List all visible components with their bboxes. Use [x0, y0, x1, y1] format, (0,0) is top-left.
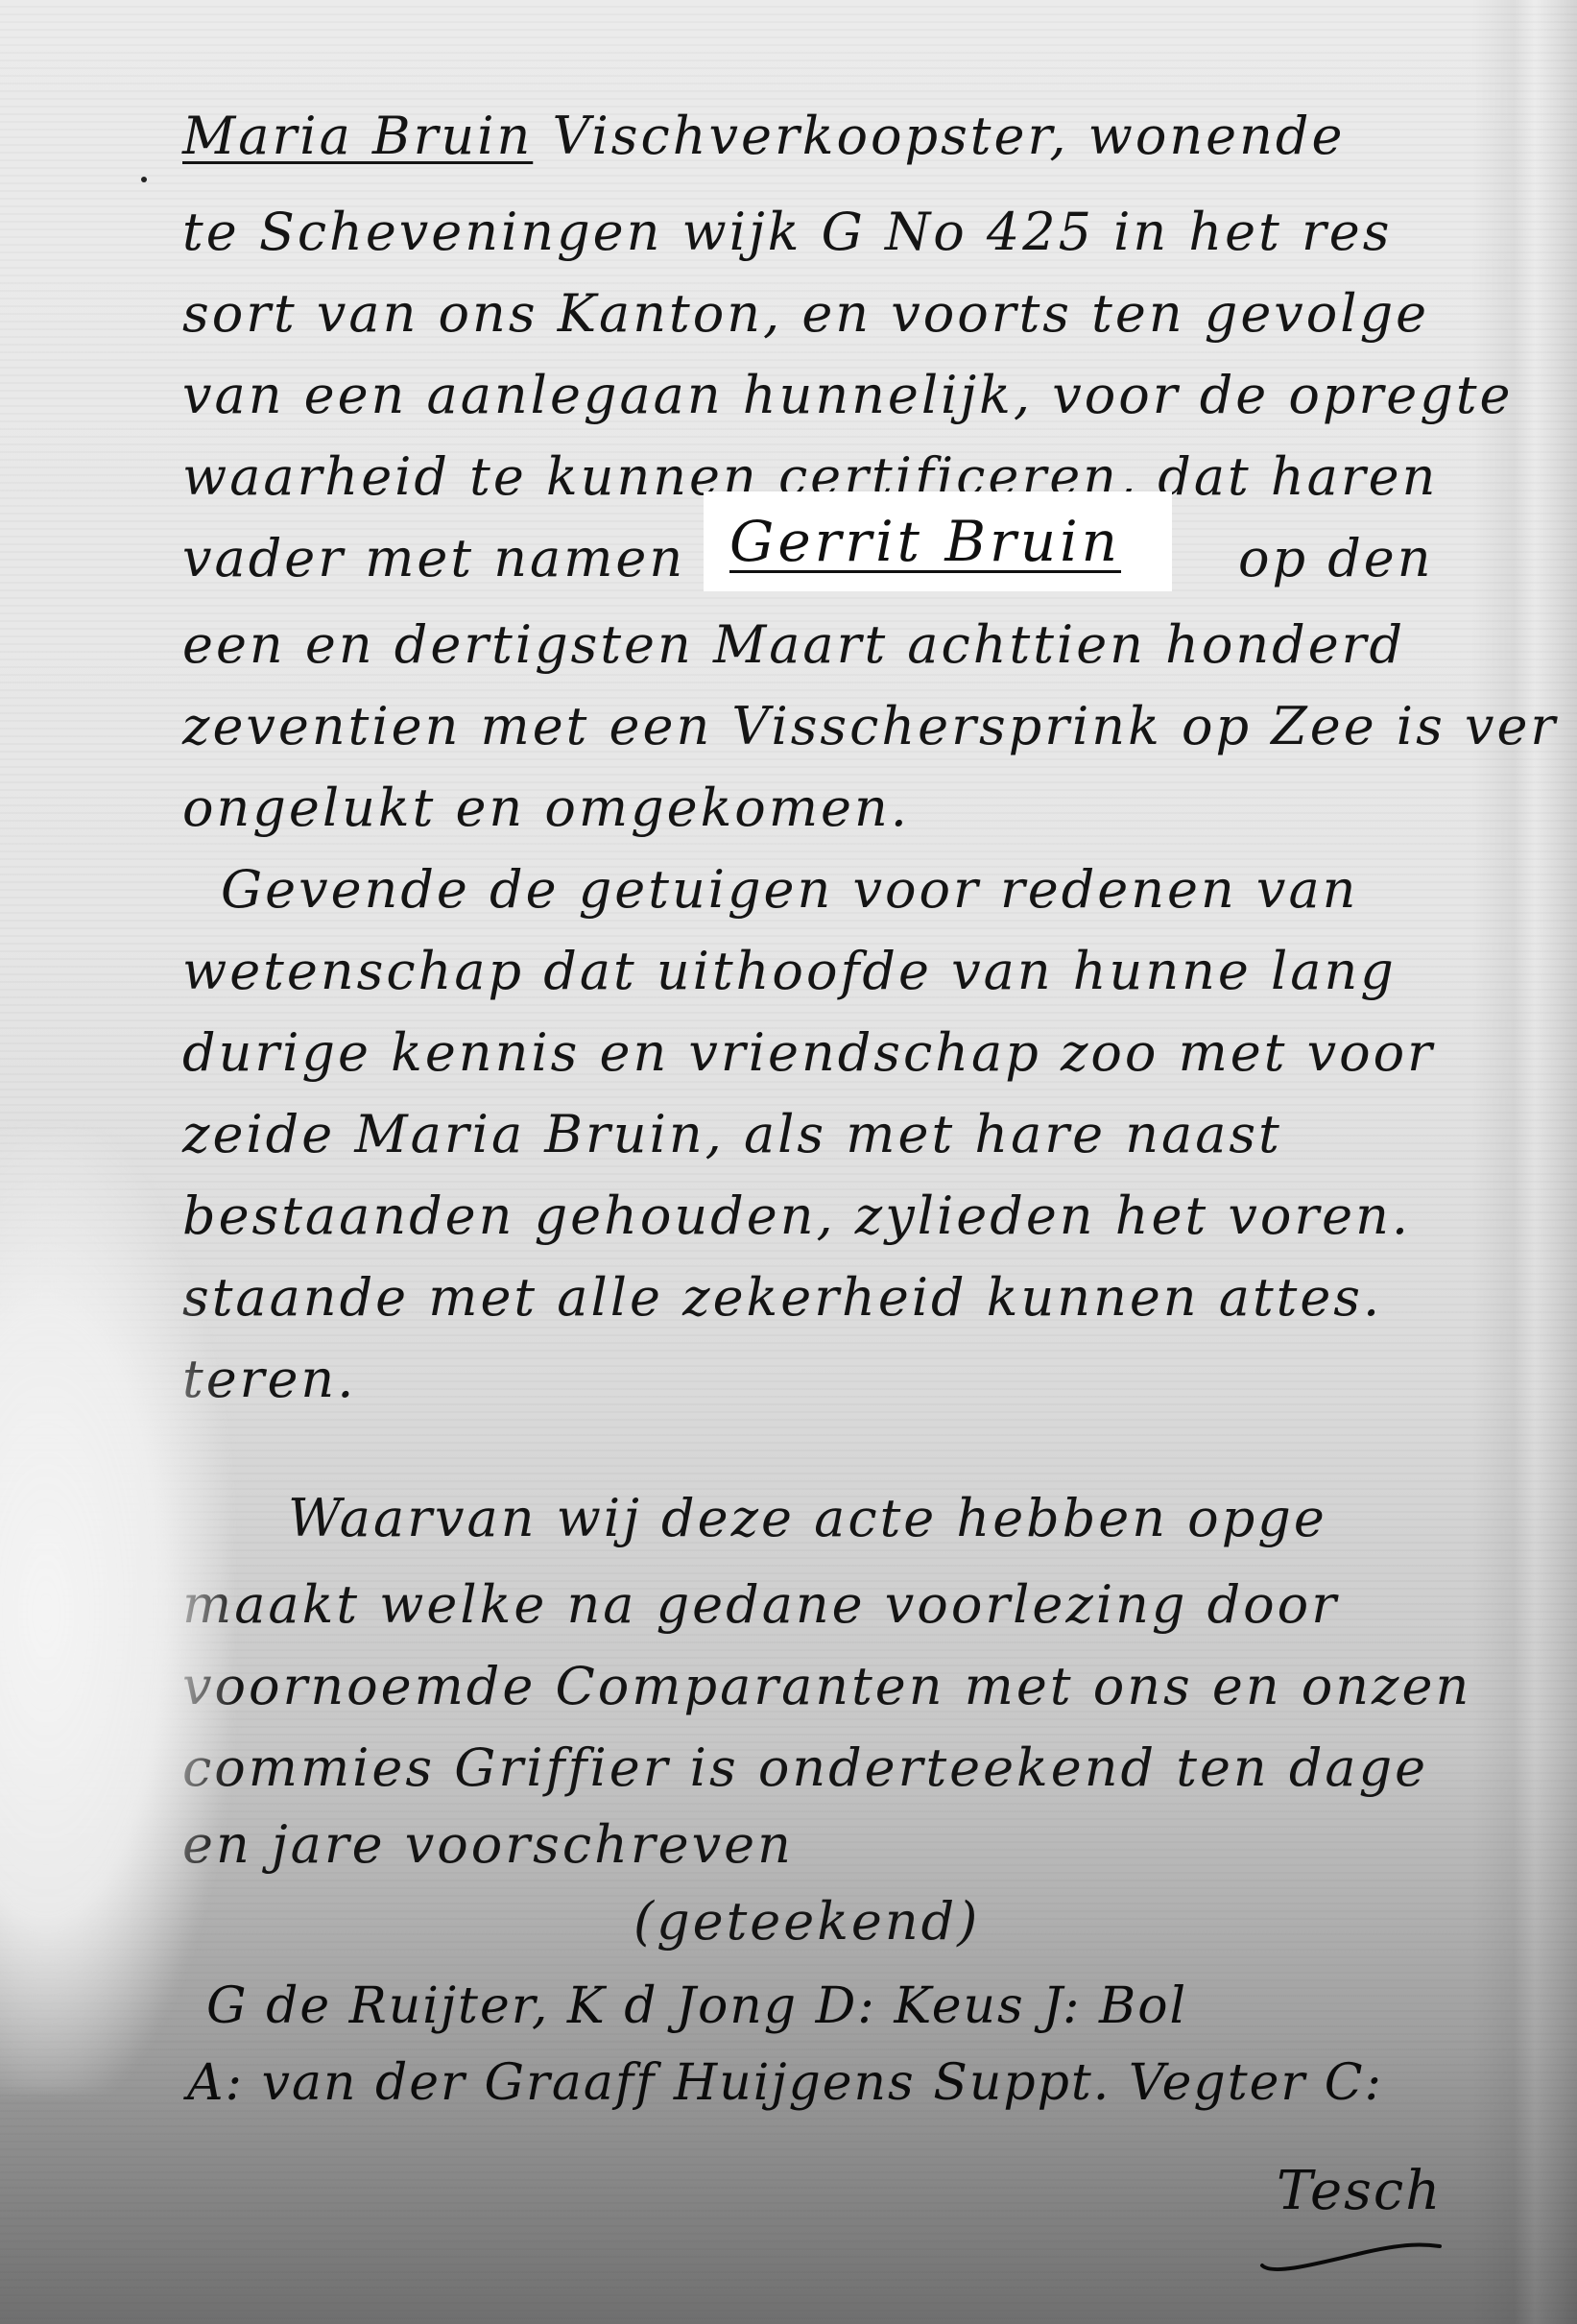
document-page: Maria Bruin Vischverkoopster, wonende te…: [0, 0, 1577, 2324]
document-line: staande met alle zekerheid kunnen attes.: [182, 1272, 1382, 1324]
document-line: zeventien met een Visschersprink op Zee …: [182, 701, 1558, 753]
document-line: Gevende de getuigen voor redenen van: [221, 864, 1358, 916]
document-line: maakt welke na gedane voorlezing door: [182, 1579, 1339, 1631]
signed-label: (geteekend): [633, 1896, 980, 1948]
document-line: zeide Maria Bruin, als met hare naast: [182, 1109, 1282, 1161]
document-line: Maria Bruin Vischverkoopster, wonende: [182, 110, 1345, 162]
highlighted-name: Gerrit Bruin: [729, 509, 1121, 574]
document-line: wetenschap dat uithoofde van hunne lang: [182, 946, 1397, 997]
document-line: sort van ons Kanton, en voorts ten gevol…: [182, 288, 1429, 340]
document-line: van een aanlegaan hunnelijk, voor de opr…: [182, 370, 1513, 421]
document-line: te Scheveningen wijk G No 425 in het res: [182, 206, 1392, 258]
signature-flourish-icon: [1253, 2237, 1445, 2275]
underlined-name: Maria Bruin: [182, 106, 533, 166]
document-line: ongelukt en omgekomen.: [182, 782, 910, 834]
document-line: durige kennis en vriendschap zoo met voo…: [182, 1027, 1435, 1079]
line-text: vader met namen: [182, 528, 685, 588]
document-line: en jare voorschreven: [182, 1819, 794, 1871]
document-line: voornoemde Comparanten met ons en onzen: [182, 1661, 1471, 1713]
document-line: commies Griffier is onderteekend ten dag…: [182, 1742, 1428, 1794]
document-line: teren.: [182, 1354, 356, 1405]
signature-line-2: A: van der Graaff Huijgens Suppt. Vegter…: [187, 2054, 1383, 2112]
signature-line-1: G de Ruijter, K d Jong D: Keus J: Bol: [206, 1977, 1187, 2035]
document-line: een en dertigsten Maart achttien honderd: [182, 619, 1405, 671]
document-line: Waarvan wij deze acte hebben opge: [288, 1493, 1327, 1545]
page-edge-shadow: [1471, 0, 1577, 2324]
line-text: Vischverkoopster, wonende: [552, 106, 1345, 166]
document-line-tail: op den: [1238, 533, 1434, 585]
signature-final: Tesch: [1277, 2160, 1442, 2222]
document-line: bestaanden gehouden, zylieden het voren.: [182, 1190, 1411, 1242]
ink-dot: [141, 177, 147, 182]
document-line: vader met namen: [182, 533, 685, 585]
